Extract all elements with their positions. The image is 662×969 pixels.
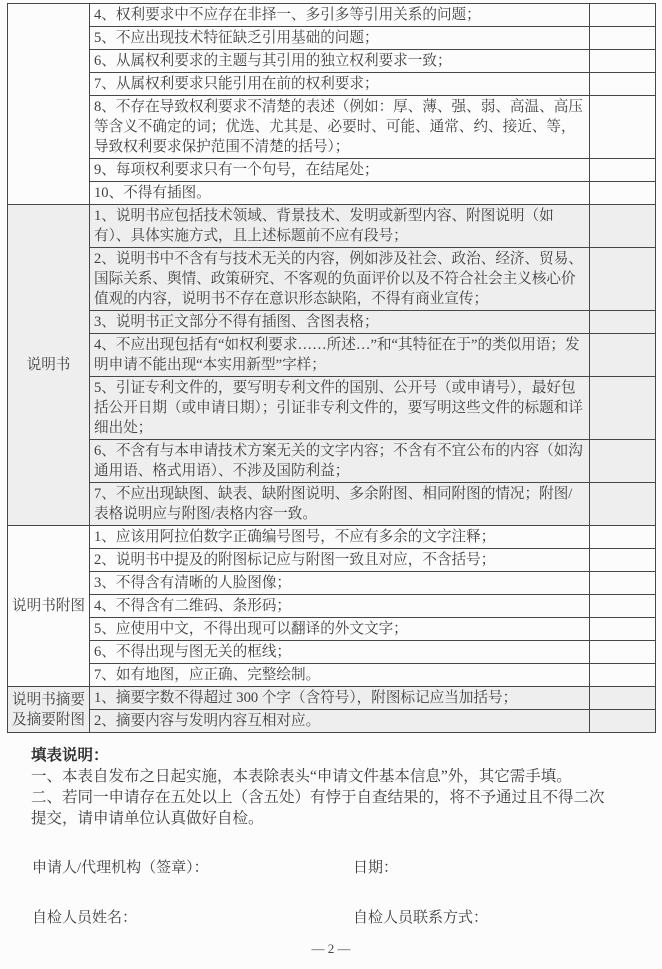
checklist-item-text: 5、不应出现技术特征缺乏引用基础的问题； xyxy=(90,27,590,50)
check-result-cell xyxy=(590,572,656,595)
table-row: 5、不应出现技术特征缺乏引用基础的问题； xyxy=(8,27,656,50)
date-label: 日期： xyxy=(353,860,398,876)
checklist-item-text: 10、不得有插图。 xyxy=(90,182,590,205)
table-row: 2、说明书中不含有与技术无关的内容，例如涉及社会、政治、经济、贸易、国际关系、舆… xyxy=(8,248,656,311)
check-result-cell xyxy=(590,440,656,483)
check-result-cell xyxy=(590,27,656,50)
table-row: 2、摘要内容与发明内容互相对应。 xyxy=(8,710,656,733)
note-item-2: 二、若同一申请存在五处以上（含五处）有悖于自查结果的，将不予通过且不得二次提交，… xyxy=(31,787,617,829)
form-notes: 填表说明： 一、本表自发布之日起实施，本表除表头“申请文件基本信息”外，其它需手… xyxy=(31,745,617,829)
table-row: 7、如有地图，应正确、完整绘制。 xyxy=(8,664,656,687)
check-result-cell xyxy=(590,595,656,618)
table-row: 6、从属权利要求的主题与其引用的独立权利要求一致； xyxy=(8,50,656,73)
checklist-item-text: 5、引证专利文件的，要写明专利文件的国别、公开号（或申请号），最好包括公开日期（… xyxy=(90,377,590,440)
section-label: 说明书 xyxy=(8,205,90,526)
table-row: 2、说明书中提及的附图标记应与附图一致且对应，不含括号； xyxy=(8,549,656,572)
table-row: 说明书摘要及摘要附图1、摘要字数不得超过 300 个字（含符号），附图标记应当加… xyxy=(8,687,656,710)
check-result-cell xyxy=(590,159,656,182)
section-label: 说明书附图 xyxy=(8,526,90,687)
check-result-cell xyxy=(590,664,656,687)
check-result-cell xyxy=(590,618,656,641)
check-result-cell xyxy=(590,641,656,664)
checklist-item-text: 2、摘要内容与发明内容互相对应。 xyxy=(90,710,590,733)
check-result-cell xyxy=(590,50,656,73)
signature-row-inspector: 自检人员姓名：自检人员联系方式： xyxy=(32,906,662,927)
notes-heading: 填表说明： xyxy=(31,745,617,766)
checklist-item-text: 4、不应出现包括有“如权利要求……所述…”和“其特征在于”的类似用语；发明申请不… xyxy=(90,334,590,377)
table-row: 4、权利要求中不应存在非择一、多引多等引用关系的问题； xyxy=(8,4,656,27)
checklist-item-text: 4、权利要求中不应存在非择一、多引多等引用关系的问题； xyxy=(90,4,590,27)
checklist-item-text: 3、说明书正文部分不得有插图、含图表格； xyxy=(90,311,590,334)
check-result-cell xyxy=(590,182,656,205)
page-number: — 2 — xyxy=(0,941,662,957)
checklist-item-text: 3、不得含有清晰的人脸图像； xyxy=(90,572,590,595)
check-result-cell xyxy=(590,248,656,311)
table-row: 6、不含有与本申请技术方案无关的文字内容；不含有不宜公布的内容（如沟通用语、格式… xyxy=(8,440,656,483)
document-page: 4、权利要求中不应存在非择一、多引多等引用关系的问题；5、不应出现技术特征缺乏引… xyxy=(0,0,662,969)
section-label xyxy=(8,4,90,205)
table-row: 8、不存在导致权利要求不清楚的表述（例如：厚、薄、强、弱、高温、高压等含义不确定… xyxy=(8,96,656,159)
check-result-cell xyxy=(590,549,656,572)
checklist-item-text: 2、说明书中不含有与技术无关的内容，例如涉及社会、政治、经济、贸易、国际关系、舆… xyxy=(90,248,590,311)
table-row: 3、不得含有清晰的人脸图像； xyxy=(8,572,656,595)
section-label: 说明书摘要及摘要附图 xyxy=(8,687,90,733)
note-item-1: 一、本表自发布之日起实施，本表除表头“申请文件基本信息”外，其它需手填。 xyxy=(31,766,617,787)
table-row: 说明书1、说明书应包括技术领域、背景技术、发明或新型内容、附图说明（如有）、具体… xyxy=(8,205,656,248)
check-result-cell xyxy=(590,687,656,710)
table-row: 6、不得出现与图无关的框线； xyxy=(8,641,656,664)
table-row: 4、不得含有二维码、条形码； xyxy=(8,595,656,618)
checklist-item-text: 7、如有地图，应正确、完整绘制。 xyxy=(90,664,590,687)
table-row: 7、不应出现缺图、缺表、缺附图说明、多余附图、相同附图的情况；附图/表格说明应与… xyxy=(8,483,656,526)
checklist-item-text: 7、从属权利要求只能引用在前的权利要求； xyxy=(90,73,590,96)
checklist-item-text: 1、摘要字数不得超过 300 个字（含符号），附图标记应当加括号； xyxy=(90,687,590,710)
checklist-item-text: 9、每项权利要求只有一个句号，在结尾处； xyxy=(90,159,590,182)
check-result-cell xyxy=(590,4,656,27)
check-result-cell xyxy=(590,483,656,526)
checklist-item-text: 6、不得出现与图无关的框线； xyxy=(90,641,590,664)
table-row: 7、从属权利要求只能引用在前的权利要求； xyxy=(8,73,656,96)
check-result-cell xyxy=(590,377,656,440)
table-row: 9、每项权利要求只有一个句号，在结尾处； xyxy=(8,159,656,182)
checklist-item-text: 6、从属权利要求的主题与其引用的独立权利要求一致； xyxy=(90,50,590,73)
signature-row-applicant: 申请人/代理机构（签章）：日期： xyxy=(32,856,662,877)
inspector-name-label: 自检人员姓名： xyxy=(32,906,353,927)
check-result-cell xyxy=(590,710,656,733)
table-row: 说明书附图1、应该用阿拉伯数字正确编号图号，不应有多余的文字注释； xyxy=(8,526,656,549)
inspector-contact-label: 自检人员联系方式： xyxy=(353,910,488,926)
check-result-cell xyxy=(590,526,656,549)
checklist-item-text: 7、不应出现缺图、缺表、缺附图说明、多余附图、相同附图的情况；附图/表格说明应与… xyxy=(90,483,590,526)
checklist-item-text: 8、不存在导致权利要求不清楚的表述（例如：厚、薄、强、弱、高温、高压等含义不确定… xyxy=(90,96,590,159)
table-row: 10、不得有插图。 xyxy=(8,182,656,205)
checklist-item-text: 5、应使用中文，不得出现可以翻译的外文文字； xyxy=(90,618,590,641)
checklist-item-text: 2、说明书中提及的附图标记应与附图一致且对应，不含括号； xyxy=(90,549,590,572)
self-check-table: 4、权利要求中不应存在非择一、多引多等引用关系的问题；5、不应出现技术特征缺乏引… xyxy=(7,3,656,733)
table-row: 5、引证专利文件的，要写明专利文件的国别、公开号（或申请号），最好包括公开日期（… xyxy=(8,377,656,440)
check-result-cell xyxy=(590,334,656,377)
check-result-cell xyxy=(590,311,656,334)
table-row: 3、说明书正文部分不得有插图、含图表格； xyxy=(8,311,656,334)
check-result-cell xyxy=(590,205,656,248)
applicant-signature-label: 申请人/代理机构（签章）： xyxy=(32,856,353,877)
checklist-item-text: 1、应该用阿拉伯数字正确编号图号，不应有多余的文字注释； xyxy=(90,526,590,549)
table-row: 5、应使用中文，不得出现可以翻译的外文文字； xyxy=(8,618,656,641)
checklist-item-text: 6、不含有与本申请技术方案无关的文字内容；不含有不宜公布的内容（如沟通用语、格式… xyxy=(90,440,590,483)
table-row: 4、不应出现包括有“如权利要求……所述…”和“其特征在于”的类似用语；发明申请不… xyxy=(8,334,656,377)
check-result-cell xyxy=(590,96,656,159)
checklist-item-text: 4、不得含有二维码、条形码； xyxy=(90,595,590,618)
checklist-item-text: 1、说明书应包括技术领域、背景技术、发明或新型内容、附图说明（如有）、具体实施方… xyxy=(90,205,590,248)
check-result-cell xyxy=(590,73,656,96)
